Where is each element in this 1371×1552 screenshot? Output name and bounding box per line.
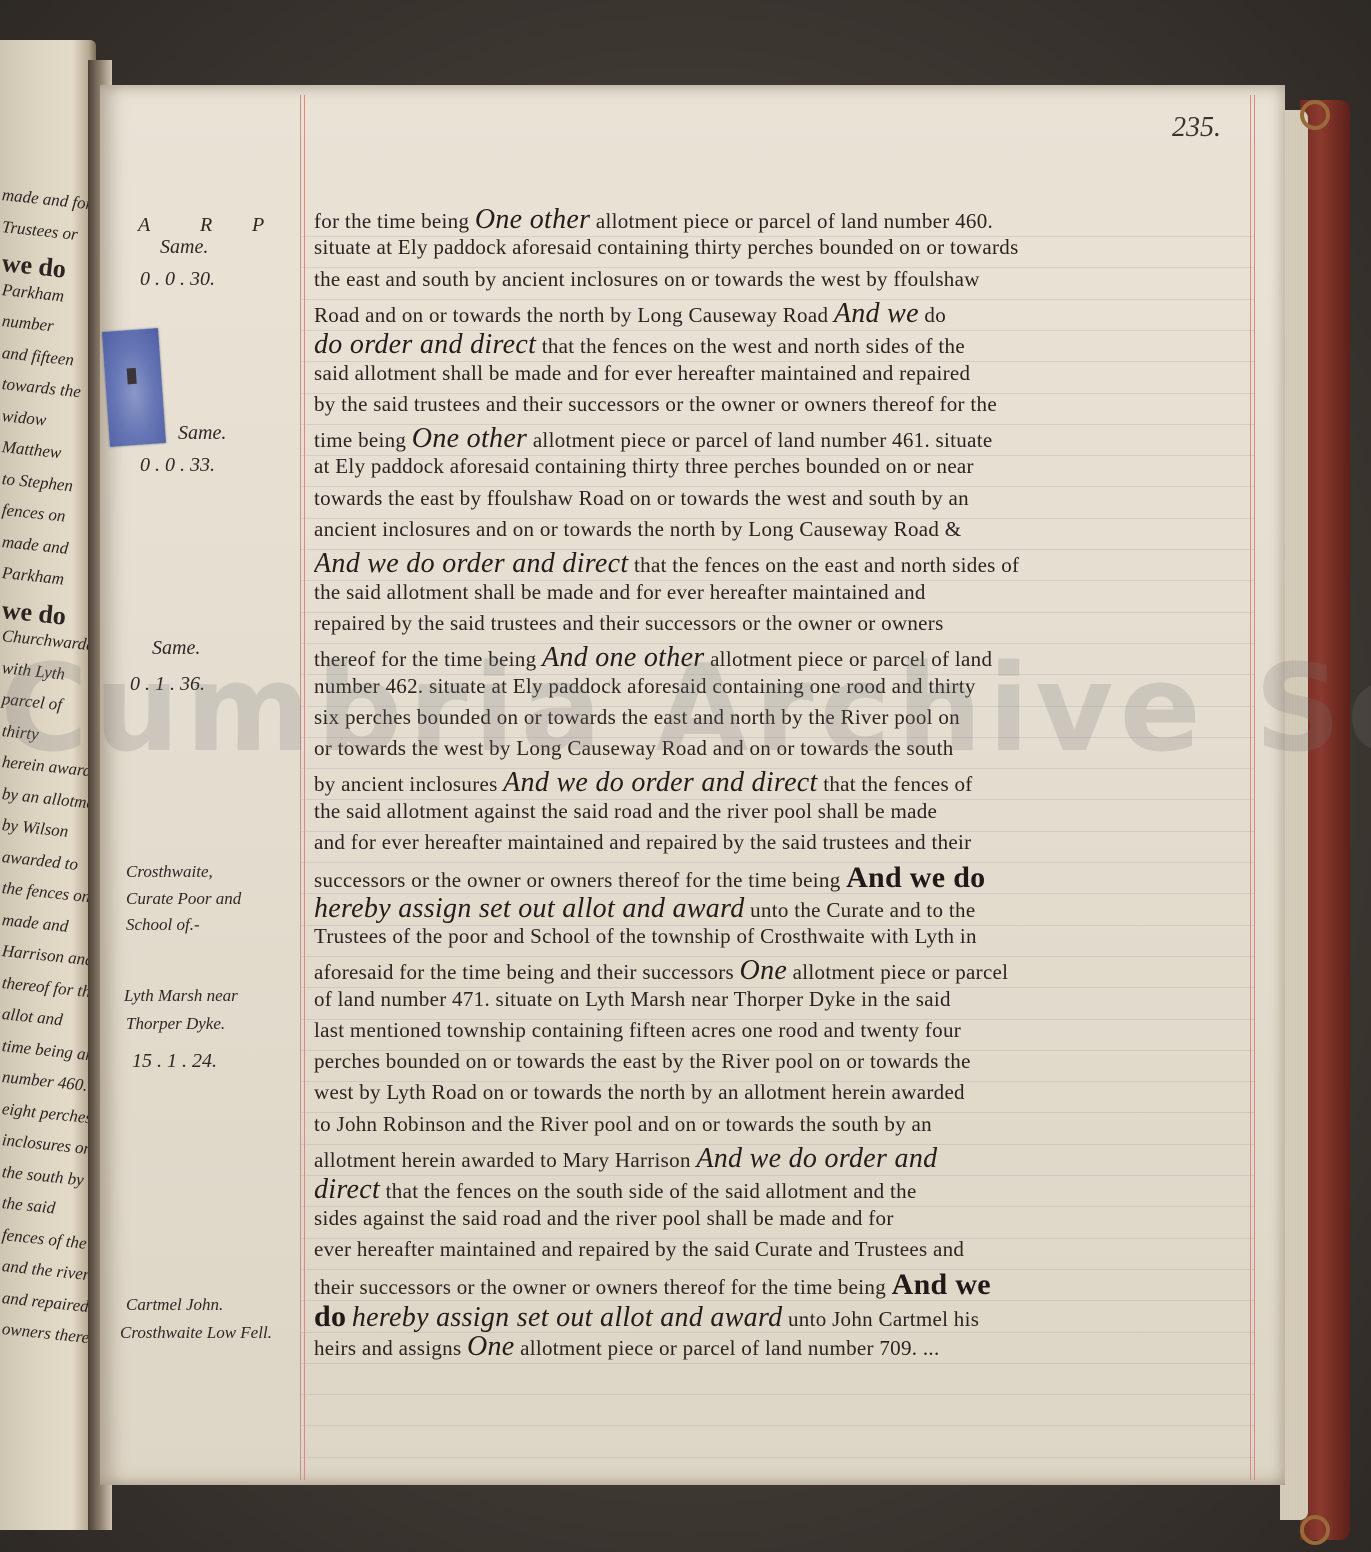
text-run: unto John Cartmel his — [788, 1307, 979, 1331]
previous-page-text: awarded to — [1, 847, 79, 875]
text-line: for the time being One other allotment p… — [314, 204, 1244, 236]
text-run: Road and on or towards the north by Long… — [314, 303, 828, 327]
engrossed-text: And we do order and — [696, 1143, 937, 1174]
text-line: last mentioned township containing fifte… — [314, 1018, 1244, 1043]
text-line: thereof for the time being And one other… — [314, 642, 1244, 674]
text-run: or towards the west by Long Causeway Roa… — [314, 736, 954, 760]
text-line: Trustees of the poor and School of the t… — [314, 924, 1244, 949]
previous-page-text: allot and — [1, 1004, 64, 1030]
previous-page-text: thirty — [1, 721, 40, 745]
previous-page-text: made and for — [1, 185, 93, 214]
text-line: situate at Ely paddock aforesaid contain… — [314, 235, 1244, 260]
engrossed-text: direct — [314, 1174, 380, 1205]
engrossed-text: hereby assign set out allot and award — [314, 893, 745, 924]
previous-page-text: by an allotment — [1, 784, 96, 815]
text-run: heirs and assigns — [314, 1336, 461, 1360]
ruled-line — [300, 1363, 1255, 1364]
previous-page-text: made and — [1, 910, 69, 937]
previous-page-edge: made and forTrustees orwe doParkhamnumbe… — [0, 40, 96, 1530]
previous-page-text: time being and — [1, 1036, 96, 1066]
engrossed-text: And we — [834, 298, 919, 329]
text-run: to John Robinson and the River pool and … — [314, 1112, 932, 1136]
ruled-line — [300, 1457, 1255, 1458]
text-run: their successors or the owner or owners … — [314, 1275, 886, 1299]
text-run: thereof for the time being — [314, 647, 536, 671]
previous-page-text: parcel of — [1, 689, 63, 715]
text-line: or towards the west by Long Causeway Roa… — [314, 736, 1244, 761]
text-run: allotment piece or parcel — [793, 960, 1009, 984]
previous-page-text: owners thereof — [1, 1319, 96, 1349]
text-run: at Ely paddock aforesaid containing thir… — [314, 454, 974, 478]
text-run: time being — [314, 428, 406, 452]
margin-label: Same. — [160, 236, 208, 259]
previous-page-text: inclosures on or — [1, 1130, 96, 1161]
text-run: repaired by the said trustees and their … — [314, 611, 944, 635]
margin-rule — [300, 95, 301, 1480]
text-line: ancient inclosures and on or towards the… — [314, 517, 1244, 542]
previous-page-text: towards the — [1, 374, 82, 402]
text-line: west by Lyth Road on or towards the nort… — [314, 1080, 1244, 1105]
text-run: allotment herein awarded to Mary Harriso… — [314, 1148, 691, 1172]
previous-page-text: thereof for the — [1, 973, 96, 1003]
engrossed-text: One other — [475, 204, 590, 235]
margin-label: Thorper Dyke. — [126, 1014, 225, 1034]
text-run: six perches bounded on or towards the ea… — [314, 705, 960, 729]
margin-label: Same. — [152, 637, 200, 660]
text-line: said allotment shall be made and for eve… — [314, 361, 1244, 386]
text-run: the said allotment shall be made and for… — [314, 580, 926, 604]
previous-page-text: herein awarded — [1, 752, 96, 783]
margin-measure: 0 . 0 . 33. — [140, 454, 215, 477]
margin-measure: 15 . 1 . 24. — [132, 1050, 217, 1073]
previous-page-text: Matthew — [1, 437, 62, 463]
text-line: do order and direct that the fences on t… — [314, 329, 1244, 361]
engrossed-text: And we do order and direct — [314, 548, 628, 579]
text-line: repaired by the said trustees and their … — [314, 611, 1244, 636]
text-run: situate at Ely paddock aforesaid contain… — [314, 235, 1019, 259]
text-line: their successors or the owner or owners … — [314, 1268, 1244, 1302]
previous-page-text: with Lyth — [1, 658, 66, 685]
text-run: the said allotment against the said road… — [314, 799, 937, 823]
previous-page-text: widow — [1, 406, 47, 431]
page-number: 235. — [1172, 112, 1221, 144]
text-line: at Ely paddock aforesaid containing thir… — [314, 454, 1244, 479]
text-run: west by Lyth Road on or towards the nort… — [314, 1080, 965, 1104]
previous-page-text: number — [1, 311, 55, 336]
text-run: ancient inclosures and on or towards the… — [314, 517, 961, 541]
column-header-acres: A — [138, 214, 150, 237]
previous-page-text: the south by — [1, 1162, 85, 1190]
previous-page-text: Parkham — [1, 563, 65, 589]
text-line: the said allotment shall be made and for… — [314, 580, 1244, 605]
engrossed-text: hereby assign set out allot and award — [352, 1302, 783, 1333]
text-run: towards the east by ffoulshaw Road on or… — [314, 486, 969, 510]
previous-page-text: Churchwardens — [1, 626, 96, 657]
previous-page-text: the said — [1, 1193, 56, 1218]
text-run: the east and south by ancient inclosures… — [314, 267, 980, 291]
margin-measure: 0 . 1 . 36. — [130, 673, 205, 696]
text-run: allotment piece or parcel of land number… — [533, 428, 993, 452]
engrossed-text: And we — [892, 1268, 991, 1301]
text-run: for the time being — [314, 209, 469, 233]
engrossed-text: do order and direct — [314, 329, 536, 360]
text-line: the east and south by ancient inclosures… — [314, 267, 1244, 292]
text-run: and for ever hereafter maintained and re… — [314, 830, 971, 854]
text-line: towards the east by ffoulshaw Road on or… — [314, 486, 1244, 511]
engrossed-text: And one other — [542, 642, 705, 673]
text-line: do hereby assign set out allot and award… — [314, 1300, 1244, 1334]
previous-page-text: fences of the — [1, 1225, 88, 1254]
engrossed-text: One other — [412, 423, 527, 454]
text-line: hereby assign set out allot and award un… — [314, 893, 1244, 925]
text-run: that the fences on the west and north si… — [542, 334, 965, 358]
previous-page-text: made and — [1, 532, 69, 559]
margin-label: Lyth Marsh near — [124, 986, 238, 1006]
text-line: time being One other allotment piece or … — [314, 423, 1244, 455]
text-run: by the said trustees and their successor… — [314, 392, 997, 416]
text-run: do — [924, 303, 946, 327]
engrossed-text: One — [740, 955, 788, 986]
text-run: Trustees of the poor and School of the t… — [314, 924, 977, 948]
margin-rule — [304, 95, 305, 1480]
previous-page-text: we do — [0, 595, 67, 632]
text-line: by ancient inclosures And we do order an… — [314, 767, 1244, 799]
text-run: that the fences on the east and north si… — [634, 553, 1019, 577]
text-line: heirs and assigns One allotment piece or… — [314, 1331, 1244, 1363]
text-run: aforesaid for the time being and their s… — [314, 960, 734, 984]
previous-page-text: and repaired — [1, 1288, 90, 1317]
text-line: And we do order and direct that the fenc… — [314, 548, 1244, 580]
text-line: the said allotment against the said road… — [314, 799, 1244, 824]
margin-label: Crosthwaite, — [126, 862, 213, 882]
text-run: successors or the owner or owners thereo… — [314, 868, 841, 892]
engrossed-text: One — [467, 1331, 515, 1362]
clasp-icon — [1300, 100, 1330, 130]
right-rule — [1250, 95, 1251, 1480]
text-run: sides against the said road and the rive… — [314, 1206, 894, 1230]
previous-page-text: eight perches — [1, 1099, 93, 1128]
column-header-perches: P — [252, 214, 264, 237]
previous-page-text: we do — [0, 248, 67, 285]
text-line: by the said trustees and their successor… — [314, 392, 1244, 417]
text-line: Road and on or towards the north by Long… — [314, 298, 1244, 330]
text-line: aforesaid for the time being and their s… — [314, 955, 1244, 987]
text-run: that the fences on the south side of the… — [386, 1179, 917, 1203]
previous-page-text: fences on — [1, 500, 66, 527]
text-line: ever hereafter maintained and repaired b… — [314, 1237, 1244, 1262]
ruled-line — [300, 1394, 1255, 1395]
text-line: number 462. situate at Ely paddock afore… — [314, 674, 1244, 699]
engrossed-text: do — [314, 1300, 346, 1333]
text-line: successors or the owner or owners thereo… — [314, 861, 1244, 895]
text-run: perches bounded on or towards the east b… — [314, 1049, 971, 1073]
text-run: allotment piece or parcel of land number… — [520, 1336, 939, 1360]
text-run: allotment piece or parcel of land — [710, 647, 992, 671]
previous-page-text: Harrison and — [1, 941, 95, 971]
clasp-icon — [1300, 1515, 1330, 1545]
text-line: direct that the fences on the south side… — [314, 1174, 1244, 1206]
revenue-stamp — [102, 328, 166, 447]
margin-label: Cartmel John. — [126, 1295, 223, 1315]
previous-page-text: and fifteen — [1, 343, 75, 370]
margin-label: Same. — [178, 422, 226, 445]
text-line: perches bounded on or towards the east b… — [314, 1049, 1244, 1074]
previous-page-text: to Stephen — [1, 469, 74, 496]
engrossed-text: And we do — [846, 861, 985, 894]
text-run: of land number 471. situate on Lyth Mars… — [314, 987, 951, 1011]
text-run: number 462. situate at Ely paddock afore… — [314, 674, 976, 698]
text-line: of land number 471. situate on Lyth Mars… — [314, 987, 1244, 1012]
column-header-roods: R — [200, 214, 212, 237]
text-run: allotment piece or parcel of land number… — [596, 209, 993, 233]
text-line: allotment herein awarded to Mary Harriso… — [314, 1143, 1244, 1175]
right-rule — [1254, 95, 1255, 1480]
text-line: and for ever hereafter maintained and re… — [314, 830, 1244, 855]
margin-label: Curate Poor and — [126, 889, 241, 909]
ruled-line — [300, 1425, 1255, 1426]
text-run: last mentioned township containing fifte… — [314, 1018, 961, 1042]
text-run: ever hereafter maintained and repaired b… — [314, 1237, 964, 1261]
text-run: by ancient inclosures — [314, 772, 498, 796]
text-run: that the fences of — [823, 772, 972, 796]
margin-measure: 0 . 0 . 30. — [140, 268, 215, 291]
text-run: said allotment shall be made and for eve… — [314, 361, 970, 385]
text-line: to John Robinson and the River pool and … — [314, 1112, 1244, 1137]
margin-label: Crosthwaite Low Fell. — [120, 1323, 272, 1343]
previous-page-text: number 460. — [1, 1067, 89, 1096]
text-line: sides against the said road and the rive… — [314, 1206, 1244, 1231]
previous-page-text: the fences on the — [1, 878, 96, 910]
previous-page-text: by Wilson — [1, 815, 69, 842]
previous-page-text: and the river — [1, 1256, 90, 1285]
margin-label: School of.- — [126, 915, 200, 935]
previous-page-text: Trustees or — [1, 217, 79, 245]
text-run: unto the Curate and to the — [750, 898, 975, 922]
engrossed-text: And we do order and direct — [503, 767, 817, 798]
text-line: six perches bounded on or towards the ea… — [314, 705, 1244, 730]
